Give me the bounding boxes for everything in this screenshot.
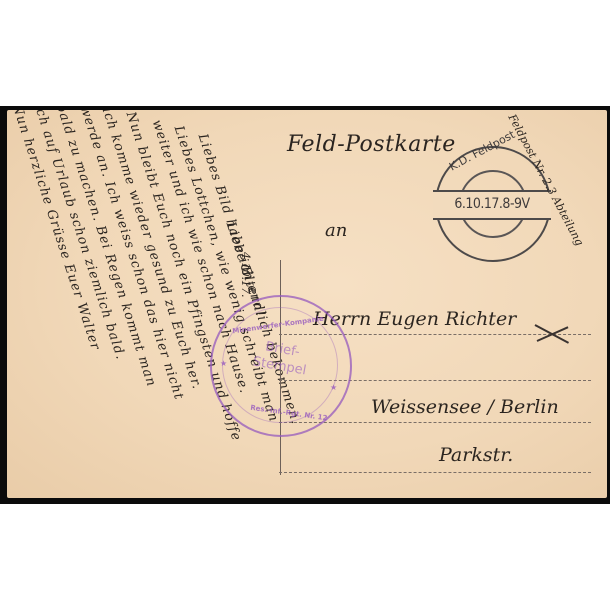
recipient-name: Herrn Eugen Richter [313, 308, 516, 330]
star-icon: ★ [330, 383, 337, 392]
postmark-date: 6.10.17.8-9V [433, 196, 551, 212]
postmark-office: K.D. Feldpost [447, 128, 517, 174]
message-date: 4.10.17. [239, 252, 252, 297]
recipient-street: Parkstr. [439, 444, 513, 466]
unit-letter-stamp: Minenwerfer-Kompanie Brief- Stempel Res.… [210, 295, 352, 437]
postcard-title: Feld-Postkarte [287, 132, 456, 157]
star-icon: ★ [220, 359, 227, 368]
postmark-date-band: 6.10.17.8-9V [433, 190, 551, 220]
postcard: Feld-Postkarte Liebe Eltern! Liebes Bild… [7, 110, 607, 498]
address-line-4 [279, 472, 591, 473]
address-prefix: an [325, 220, 347, 241]
postcard-frame: Feld-Postkarte Liebe Eltern! Liebes Bild… [0, 106, 610, 504]
recipient-city: Weissensee / Berlin [371, 396, 559, 418]
sender-message: Liebe Eltern! Liebes Bild habe ich endli… [7, 110, 267, 498]
